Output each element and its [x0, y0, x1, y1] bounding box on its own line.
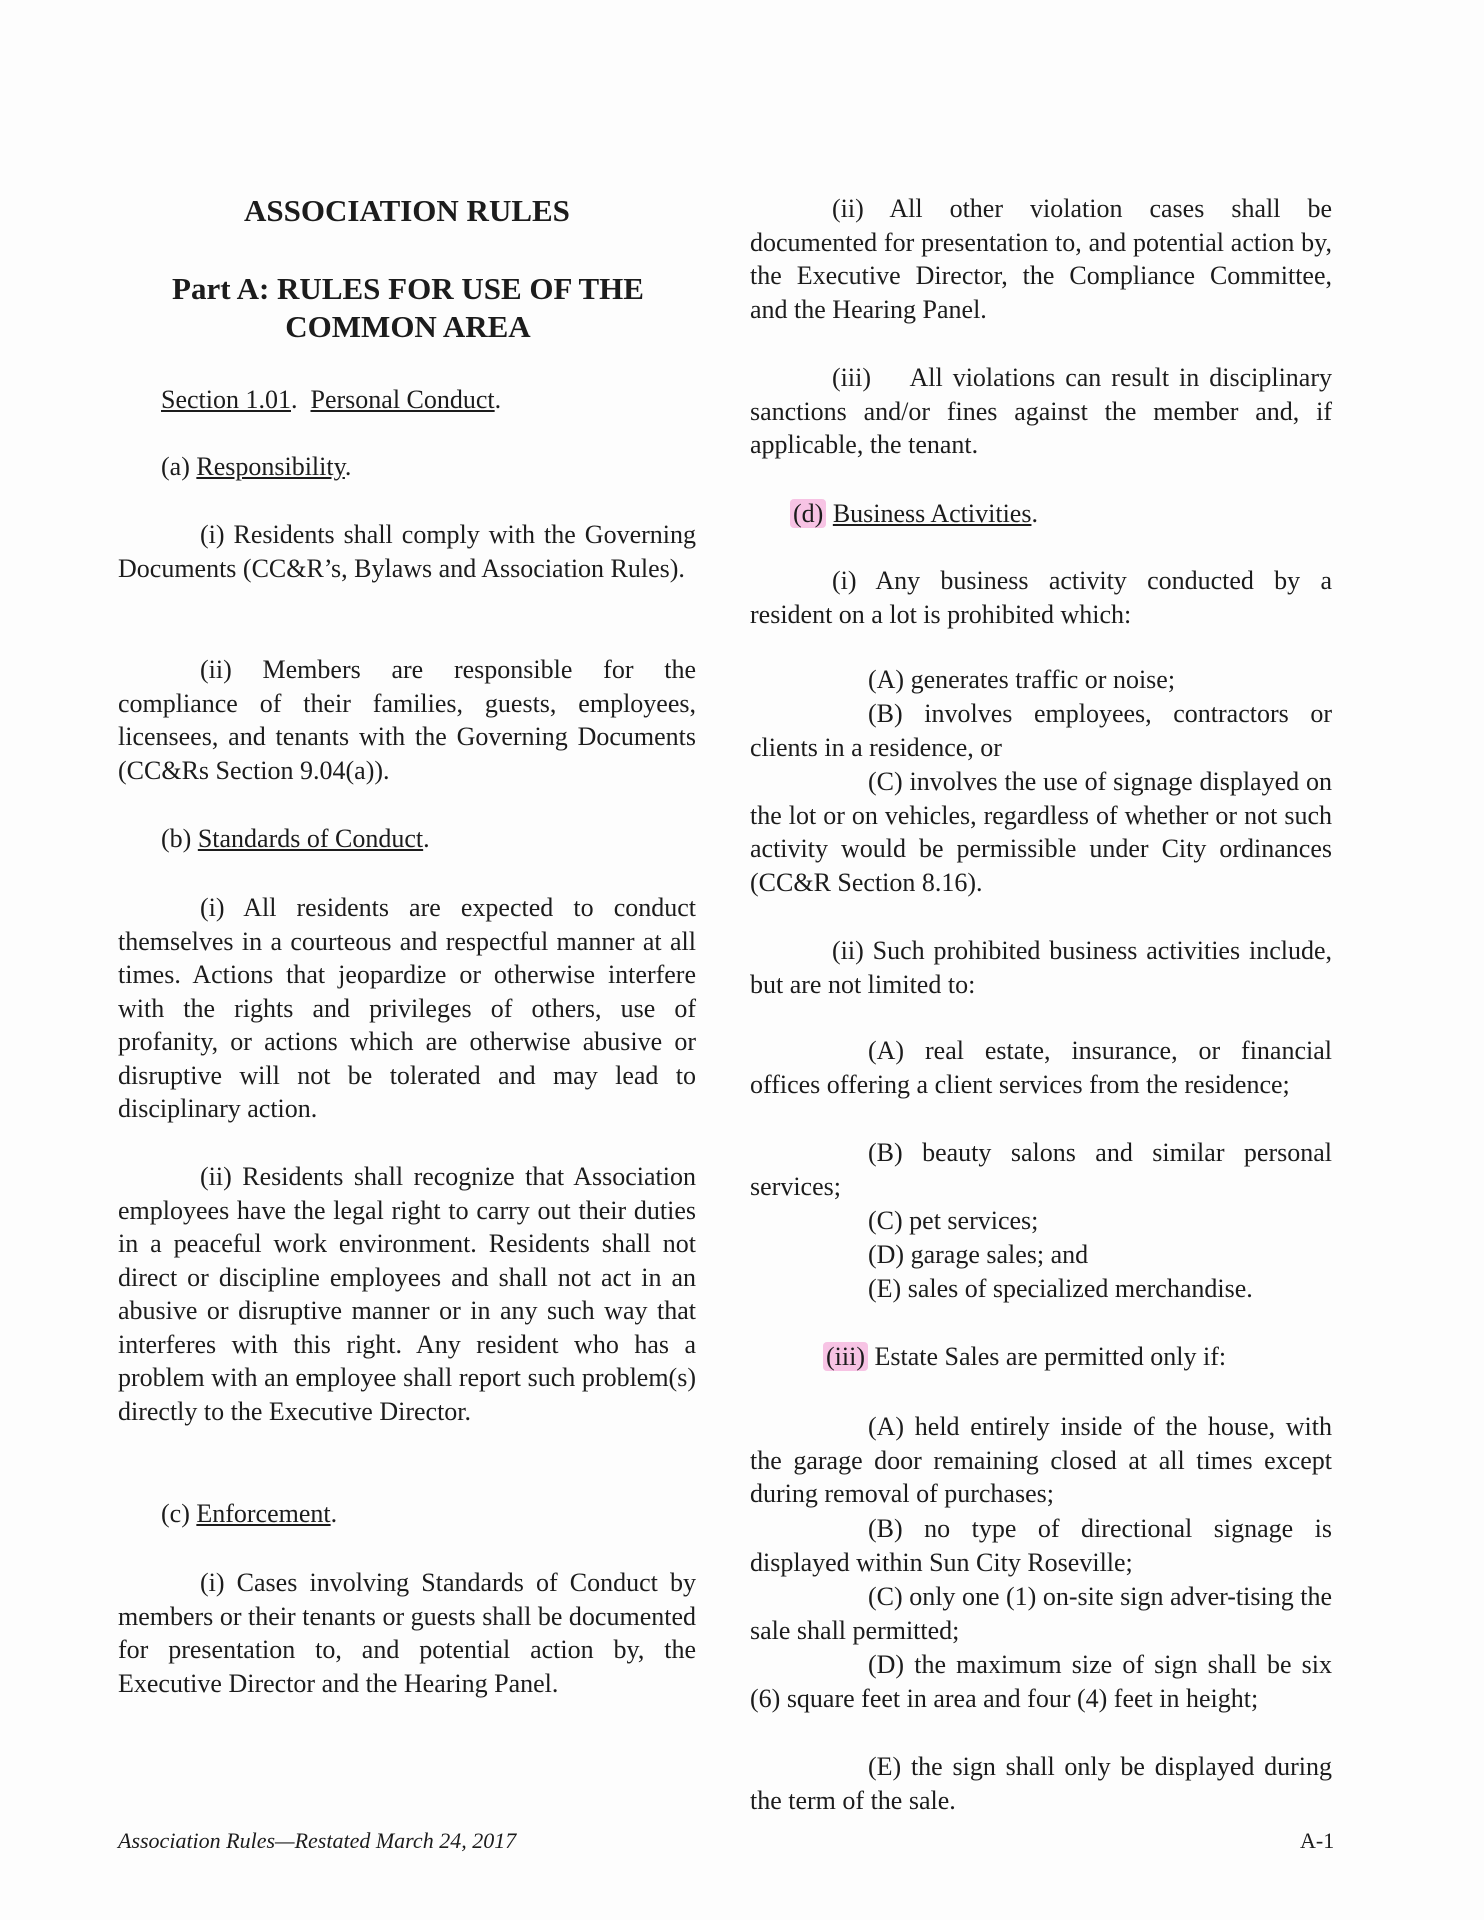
- list-item-d-ii-B: (B) beauty salons and similar personal s…: [750, 1136, 1332, 1203]
- list-item-d-iii-E: (E) the sign shall only be displayed dur…: [750, 1750, 1332, 1817]
- subsection-d-heading: (d) Business Activities.: [790, 497, 1038, 531]
- list-item-d-iii-D: (D) the maximum size of sign shall be si…: [750, 1648, 1332, 1715]
- list-item-d-iii-A: (A) held entirely inside of the house, w…: [750, 1410, 1332, 1511]
- paragraph-d-ii: (ii) Such prohibited business activities…: [750, 934, 1332, 1001]
- subsection-c-heading: (c) Enforcement.: [161, 1497, 337, 1531]
- list-item-d-ii-D: (D) garage sales; and: [868, 1238, 1088, 1272]
- list-item-d-i-B: (B) involves employees, contractors or c…: [750, 697, 1332, 764]
- paragraph-b-i: (i) All residents are expected to conduc…: [118, 891, 696, 1126]
- paragraph-c-ii: (ii) All other violation cases shall be …: [750, 192, 1332, 326]
- list-item-d-i-A: (A) generates traffic or noise;: [750, 663, 1332, 697]
- list-item-d-ii-E: (E) sales of specialized merchandise.: [868, 1272, 1253, 1306]
- highlight-mark: (iii): [823, 1342, 868, 1371]
- page-number: A-1: [1300, 1828, 1334, 1854]
- paragraph-c-i: (i) Cases involving Standards of Conduct…: [118, 1566, 696, 1700]
- footer-title: Association Rules—Restated March 24, 201…: [118, 1828, 516, 1854]
- part-heading: Part A: RULES FOR USE OF THE COMMON AREA: [108, 270, 708, 346]
- paragraph-d-iii-heading: (iii) Estate Sales are permitted only if…: [823, 1340, 1226, 1374]
- paragraph-a-i: (i) Residents shall comply with the Gove…: [118, 518, 696, 585]
- paragraph-a-ii: (ii) Members are responsible for the com…: [118, 653, 696, 787]
- list-item-d-iii-C: (C) only one (1) on-site sign adver-tisi…: [750, 1580, 1332, 1647]
- subsection-b-heading: (b) Standards of Conduct.: [161, 822, 430, 856]
- paragraph-b-ii: (ii) Residents shall recognize that Asso…: [118, 1160, 696, 1428]
- document-title: ASSOCIATION RULES: [118, 192, 696, 230]
- list-item-d-iii-B: (B) no type of directional signage is di…: [750, 1512, 1332, 1579]
- list-item-d-ii-A: (A) real estate, insurance, or financial…: [750, 1034, 1332, 1101]
- highlight-mark: (d): [790, 499, 826, 528]
- paragraph-c-iii: (iii) All violations can result in disci…: [750, 361, 1332, 462]
- list-item-d-ii-C: (C) pet services;: [868, 1204, 1038, 1238]
- section-heading: Section 1.01. Personal Conduct.: [161, 383, 501, 417]
- list-item-d-i-C: (C) involves the use of signage displaye…: [750, 765, 1332, 899]
- paragraph-d-i: (i) Any business activity conducted by a…: [750, 564, 1332, 631]
- subsection-a-heading: (a) Responsibility.: [161, 450, 351, 484]
